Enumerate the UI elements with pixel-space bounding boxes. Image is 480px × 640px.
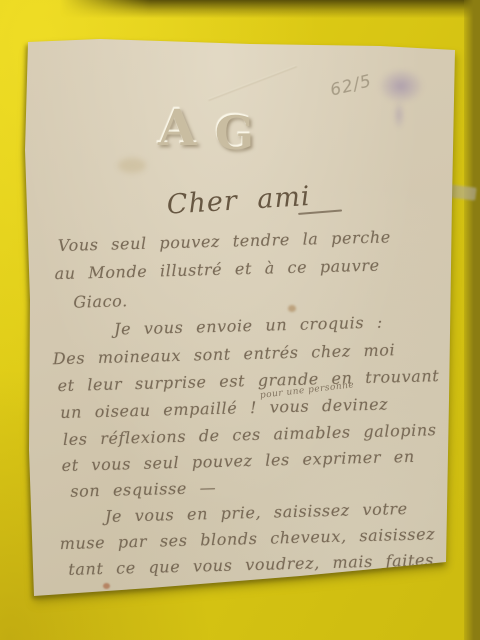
handwriting-line: Je vous en prie, saisissez votre [105,499,408,526]
handwriting-line: et leur surprise est grande en trouvant [57,366,439,395]
handwriting-line: muse par ses blonds cheveux, saisissez [59,524,435,553]
handwriting-line: Vous seul pouvez tendre la perche [58,227,391,255]
handwriting-line: et vous seul pouvez les exprimer en [61,447,415,475]
handwriting-line: au Monde illustré et à ce pauvre [54,256,380,284]
photo-of-letter: AG 62/5 Cher ami Vous seul pouvez tendre… [0,0,480,640]
handwriting-block: Cher ami Vous seul pouvez tendre la perc… [0,0,480,640]
handwriting-line: Je vous envoie un croquis : [114,313,383,339]
handwriting-line: son esquisse — [70,478,216,501]
handwriting-line: un oiseau empaillé ! vous devinez [60,394,388,422]
handwriting-line: les réflexions de ces aimables galopins [63,420,437,449]
handwriting-line: Des moineaux sont entrés chez moi [53,340,396,368]
letter-paper: AG 62/5 Cher ami Vous seul pouvez tendre… [0,0,480,640]
handwriting-line: tant ce que vous voudrez, mais faites [68,550,434,579]
handwriting-line: Giaco. [73,291,128,311]
salutation: Cher ami [166,181,311,221]
